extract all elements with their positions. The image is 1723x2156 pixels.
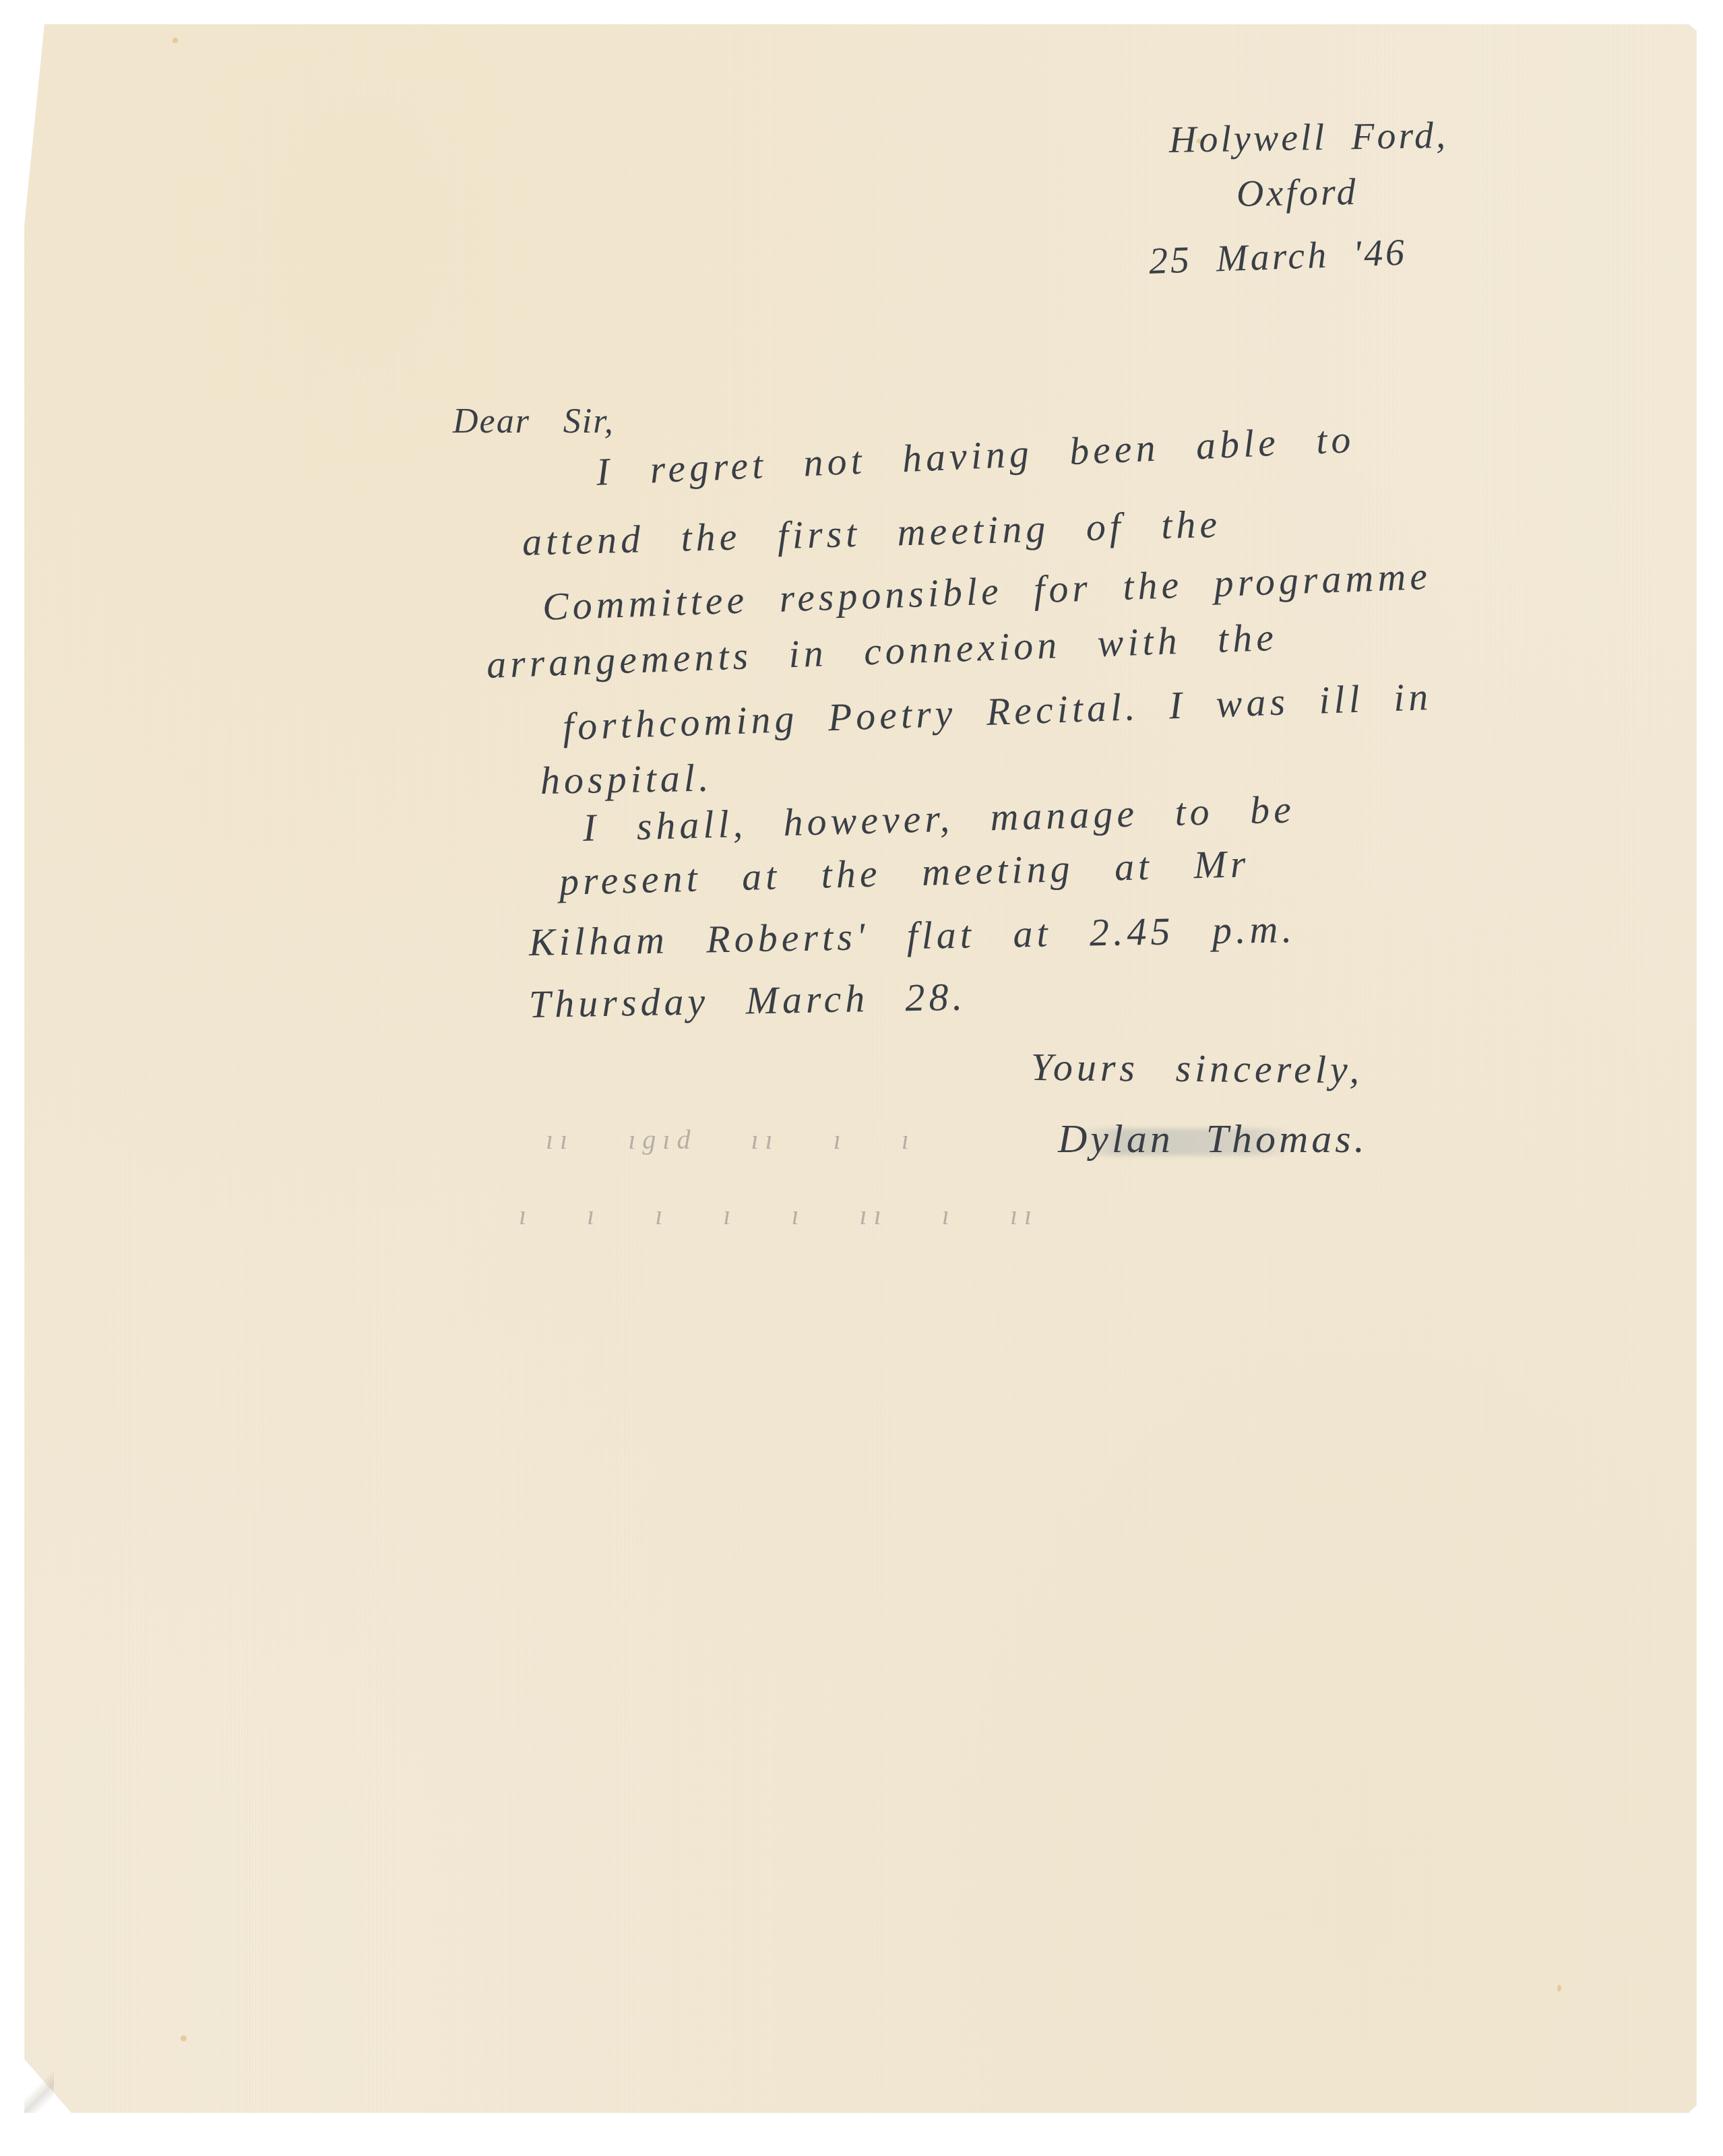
faint-offset-marks: ı ı ı ı ı ıı ı ıı	[519, 1199, 1038, 1231]
letter-date: 25 March '46	[1148, 234, 1408, 280]
closing: Yours sincerely,	[1031, 1048, 1364, 1089]
paper-stain	[1557, 1985, 1561, 1992]
letter-paper	[24, 24, 1697, 2113]
body-line: Thursday March 28.	[528, 978, 966, 1024]
address-line-2: Oxford	[1236, 173, 1359, 213]
signature: Dylan Thomas.	[1058, 1118, 1368, 1159]
folded-corner	[24, 2068, 54, 2113]
paper-stain	[173, 38, 178, 43]
paper-stain	[181, 2035, 187, 2041]
salutation: Dear Sir,	[453, 404, 615, 439]
faint-offset-marks: ıı ıgıd ıı ı ı	[546, 1124, 916, 1155]
body-line: hospital.	[540, 759, 712, 800]
address-line-1: Holywell Ford,	[1169, 117, 1449, 159]
